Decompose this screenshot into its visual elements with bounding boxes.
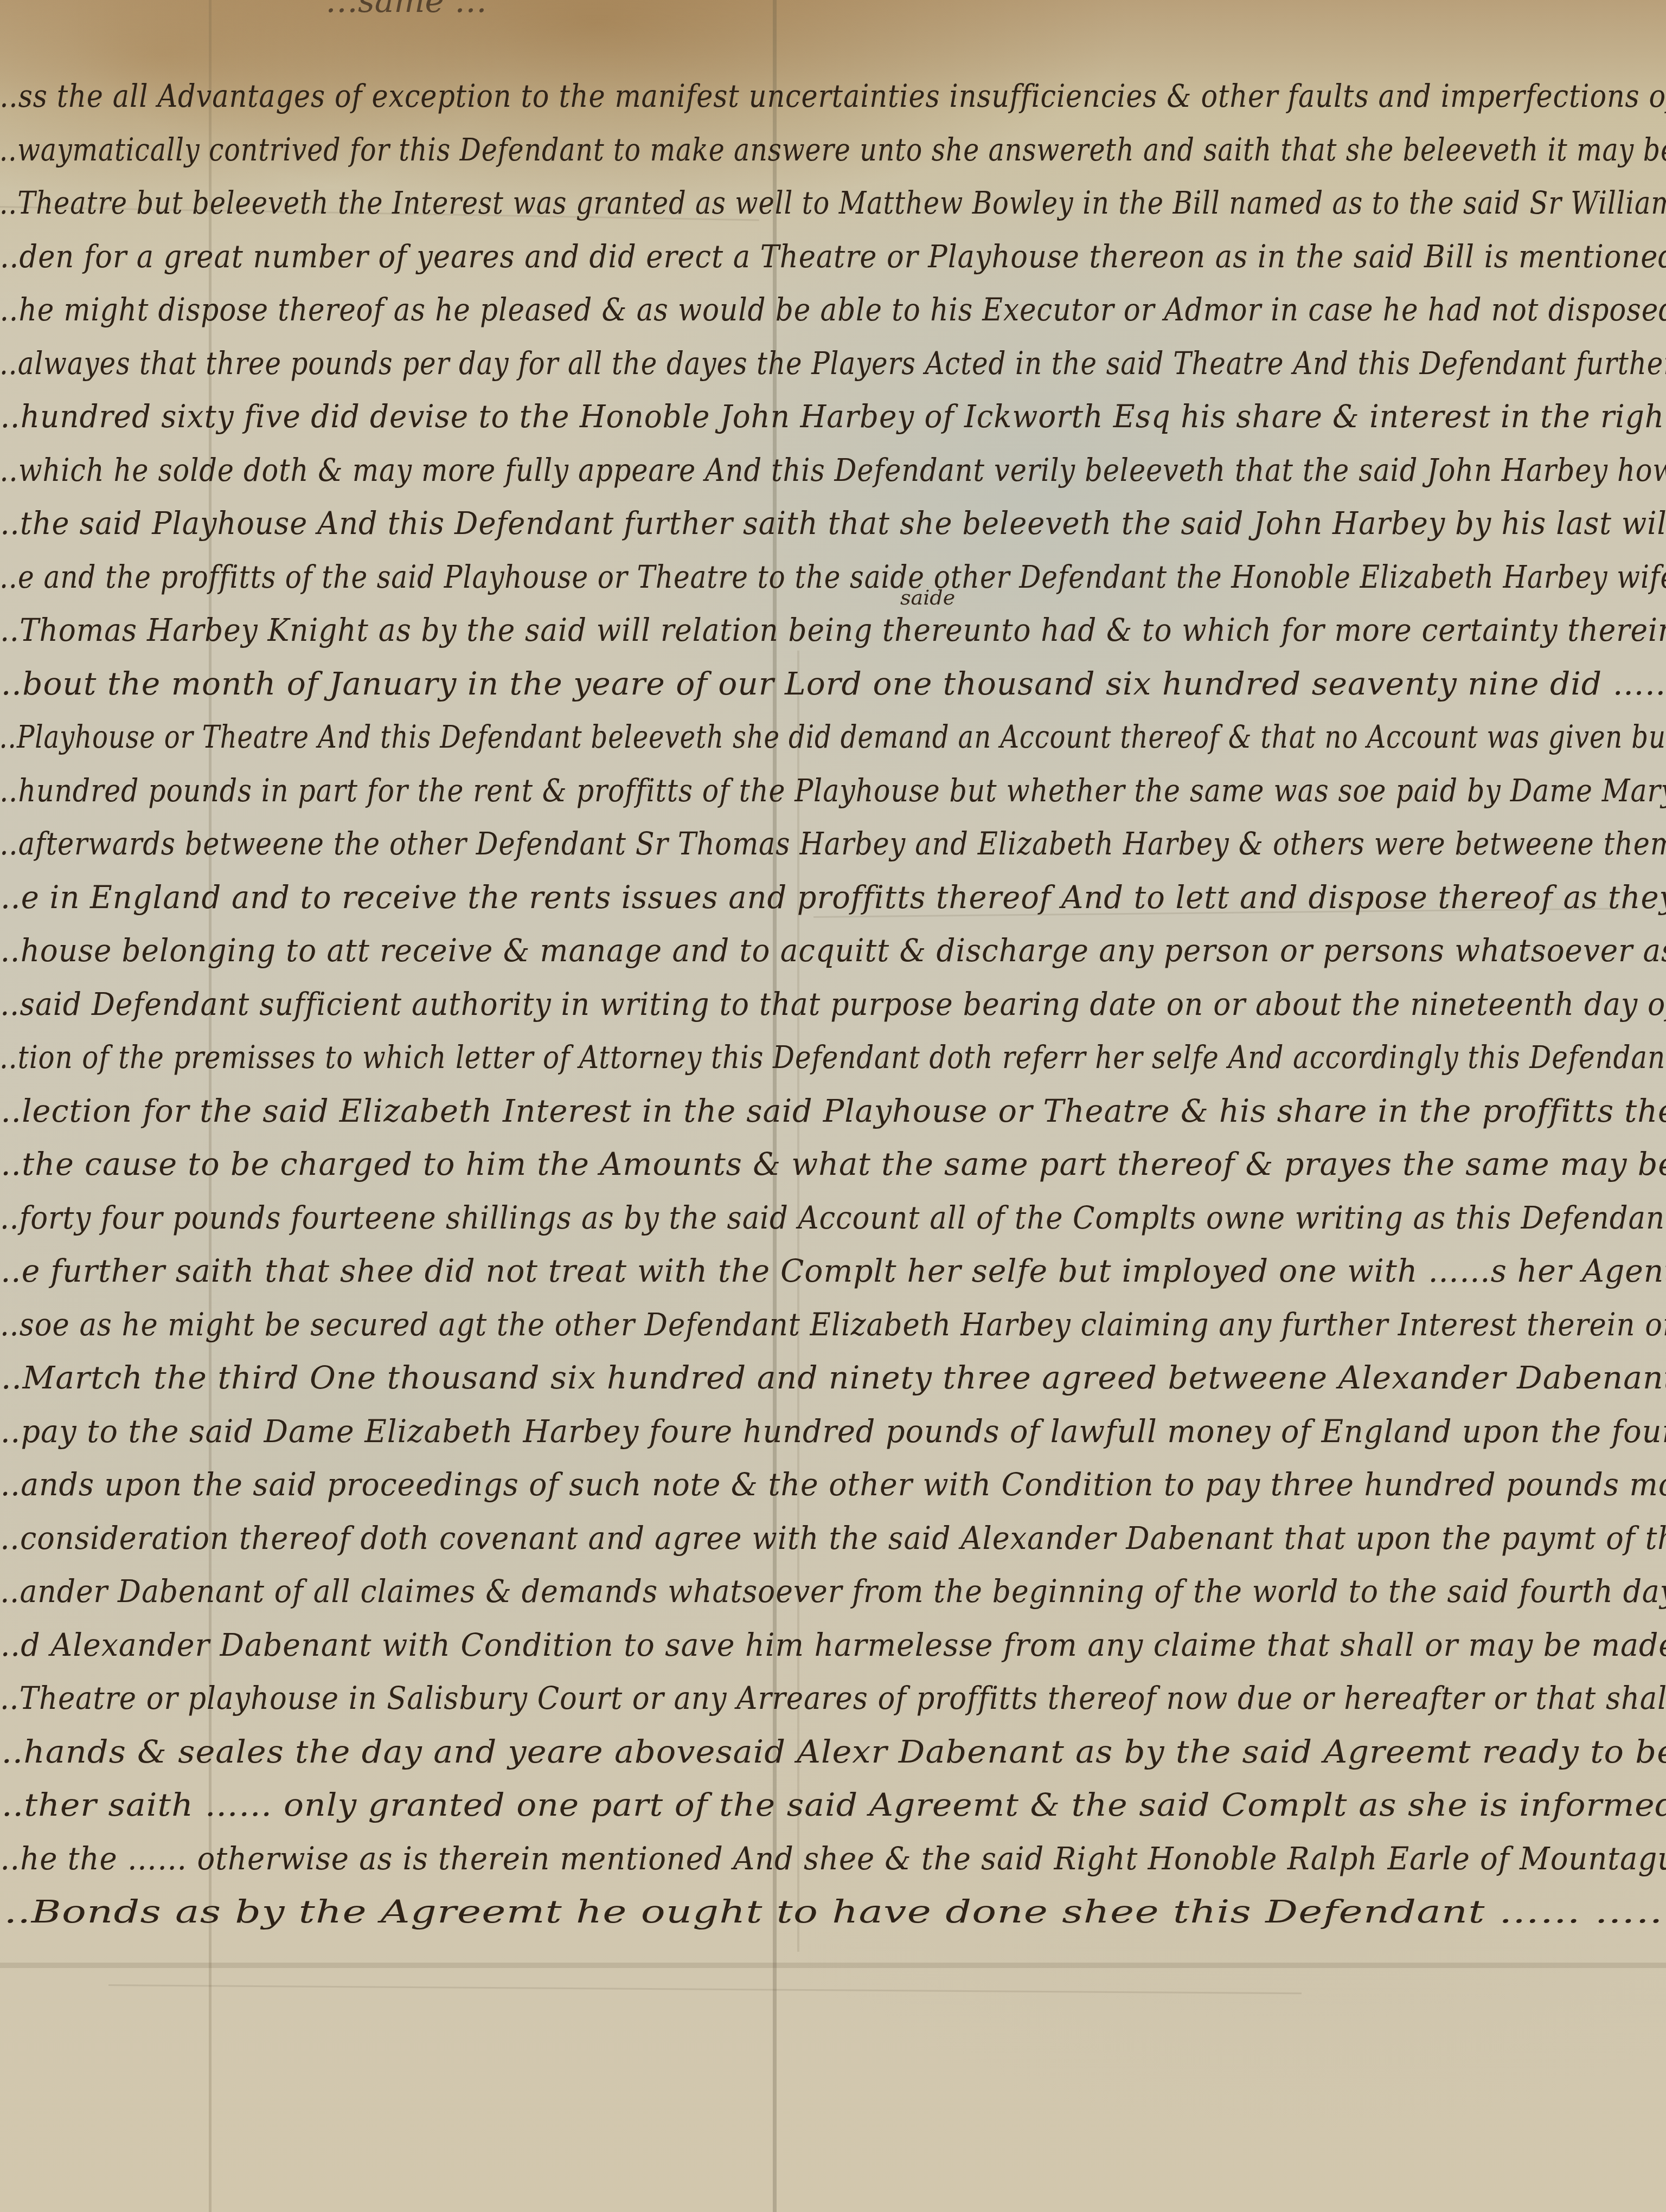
manuscript-line: …house belonging to att receive & manage… [0,924,1666,978]
manuscript-line: …waymatically contrived for this Defenda… [0,123,1666,177]
manuscript-line: …e in England and to receive the rents i… [0,871,1666,924]
interlinear-insertion: saide [900,586,955,609]
manuscript-line: …e further saith that shee did not treat… [0,1244,1666,1298]
manuscript-line: …Bonds as by the Agreemt he ought to hav… [0,1885,1666,1939]
manuscript-line: …ands upon the said proceedings of such … [0,1458,1666,1512]
manuscript-line: …he the …… otherwise as is therein menti… [0,1832,1666,1886]
manuscript-body: …ss the all Advantages of exception to t… [0,69,1666,1939]
manuscript-line: …ther saith …… only granted one part of … [0,1778,1666,1832]
manuscript-line: …the cause to be charged to him the Amou… [0,1137,1666,1191]
fold-crease-horizontal [0,1963,1666,1968]
manuscript-line: …afterwards betweene the other Defendant… [0,817,1666,871]
manuscript-line: …Thomas Harbey Knight as by the said wil… [0,603,1666,657]
manuscript-line: …hands & seales the day and yeare aboves… [0,1725,1666,1779]
manuscript-line: …den for a great number of yeares and di… [0,230,1666,284]
manuscript-line: …hundred sixty five did devise to the Ho… [0,390,1666,443]
manuscript-line: …e and the proffitts of the said Playhou… [0,550,1666,604]
manuscript-line: …consideration thereof doth covenant and… [0,1512,1666,1565]
manuscript-line: …Theatre but beleeveth the Interest was … [0,176,1666,230]
manuscript-line: …forty four pounds fourteene shillings a… [0,1191,1666,1245]
manuscript-line: …hundred pounds in part for the rent & p… [0,764,1666,818]
manuscript-line: …ander Dabenant of all claimes & demands… [0,1565,1666,1618]
manuscript-line: …Playhouse or Theatre And this Defendant… [0,710,1666,764]
top-fragment-text: …same … [325,0,487,17]
manuscript-line: …d Alexander Dabenant with Condition to … [0,1618,1666,1672]
manuscript-line: …ss the all Advantages of exception to t… [0,69,1666,123]
manuscript-line: …pay to the said Dame Elizabeth Harbey f… [0,1405,1666,1458]
manuscript-line: …soe as he might be secured agt the othe… [0,1298,1666,1352]
manuscript-line: …which he solde doth & may more fully ap… [0,443,1666,497]
manuscript-line: …Martch the third One thousand six hundr… [0,1351,1666,1405]
manuscript-line: …bout the month of January in the yeare … [0,657,1666,711]
manuscript-line: …alwayes that three pounds per day for a… [0,337,1666,390]
manuscript-line: …said Defendant sufficient authority in … [0,978,1666,1031]
manuscript-line: …Theatre or playhouse in Salisbury Court… [0,1671,1666,1725]
manuscript-line: …the said Playhouse And this Defendant f… [0,497,1666,550]
manuscript-line: …he might dispose thereof as he pleased … [0,283,1666,337]
manuscript-line: …tion of the premisses to which letter o… [0,1031,1666,1084]
manuscript-line: …lection for the said Elizabeth Interest… [0,1084,1666,1138]
